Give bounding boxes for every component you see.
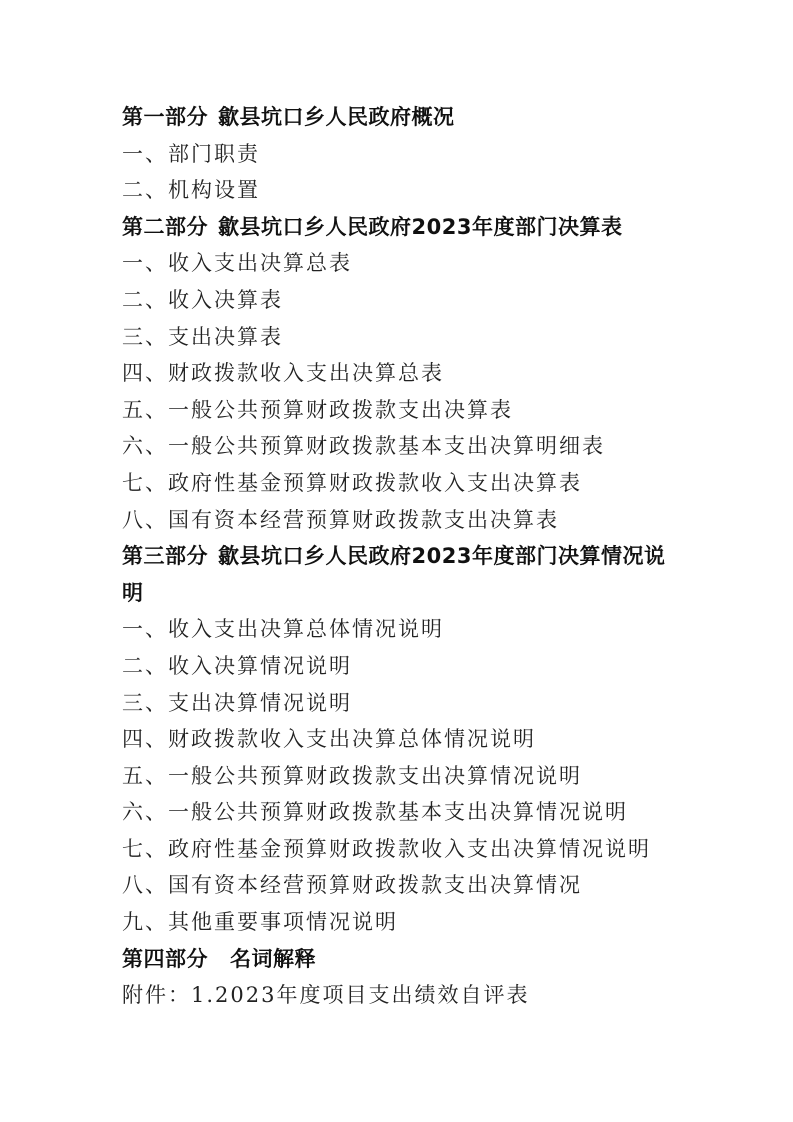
toc-heading-part-2[interactable]: 第二部分歙县坑口乡人民政府2023年度部门决算表 xyxy=(122,209,722,246)
part-label: 第一部分 xyxy=(122,105,208,129)
toc-heading-part-4[interactable]: 第四部分名词解释 xyxy=(122,941,722,978)
toc-item[interactable]: 六、一般公共预算财政拨款基本支出决算明细表 xyxy=(122,428,722,465)
toc-item[interactable]: 三、支出决算表 xyxy=(122,319,722,356)
toc-item[interactable]: 二、收入决算表 xyxy=(122,282,722,319)
part-label: 第三部分 xyxy=(122,544,208,568)
toc-item[interactable]: 七、政府性基金预算财政拨款收入支出决算情况说明 xyxy=(122,831,722,868)
toc-item[interactable]: 八、国有资本经营预算财政拨款支出决算情况 xyxy=(122,867,722,904)
toc-item[interactable]: 五、一般公共预算财政拨款支出决算表 xyxy=(122,392,722,429)
toc-heading-part-3[interactable]: 第三部分歙县坑口乡人民政府2023年度部门决算情况说 xyxy=(122,538,722,575)
part-title: 名词解释 xyxy=(230,947,316,971)
toc-item[interactable]: 一、收入支出决算总表 xyxy=(122,245,722,282)
part-title: 歙县坑口乡人民政府2023年度部门决算情况说 xyxy=(218,544,665,568)
toc-item[interactable]: 六、一般公共预算财政拨款基本支出决算情况说明 xyxy=(122,794,722,831)
part-label: 第二部分 xyxy=(122,215,208,239)
toc-item[interactable]: 一、收入支出决算总体情况说明 xyxy=(122,611,722,648)
toc-heading-part-1[interactable]: 第一部分歙县坑口乡人民政府概况 xyxy=(122,99,722,136)
table-of-contents: 第一部分歙县坑口乡人民政府概况 一、部门职责 二、机构设置 第二部分歙县坑口乡人… xyxy=(122,99,722,1014)
toc-attachment[interactable]: 附件：1.2023年度项目支出绩效自评表 xyxy=(122,977,722,1014)
part-label: 第四部分 xyxy=(122,947,208,971)
toc-heading-part-3-continued[interactable]: 明 xyxy=(122,575,722,612)
toc-item[interactable]: 五、一般公共预算财政拨款支出决算情况说明 xyxy=(122,758,722,795)
toc-item[interactable]: 二、收入决算情况说明 xyxy=(122,648,722,685)
document-page: 第一部分歙县坑口乡人民政府概况 一、部门职责 二、机构设置 第二部分歙县坑口乡人… xyxy=(0,0,793,1122)
toc-item[interactable]: 四、财政拨款收入支出决算总体情况说明 xyxy=(122,721,722,758)
toc-item[interactable]: 一、部门职责 xyxy=(122,136,722,173)
toc-item[interactable]: 八、国有资本经营预算财政拨款支出决算表 xyxy=(122,502,722,539)
toc-item[interactable]: 七、政府性基金预算财政拨款收入支出决算表 xyxy=(122,465,722,502)
toc-item[interactable]: 二、机构设置 xyxy=(122,172,722,209)
part-title-continued: 明 xyxy=(122,581,144,605)
part-title: 歙县坑口乡人民政府2023年度部门决算表 xyxy=(218,215,622,239)
part-title: 歙县坑口乡人民政府概况 xyxy=(218,105,455,129)
toc-item[interactable]: 四、财政拨款收入支出决算总表 xyxy=(122,355,722,392)
toc-item[interactable]: 三、支出决算情况说明 xyxy=(122,685,722,722)
toc-item[interactable]: 九、其他重要事项情况说明 xyxy=(122,904,722,941)
